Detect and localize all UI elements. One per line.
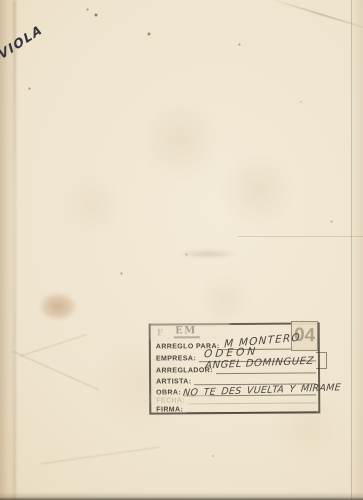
bottom-left-wrinkle <box>20 334 87 357</box>
scanned-paper-page: VIOLA F EM ARREGLO PARA: EMPRESA: ARREGL… <box>0 0 363 500</box>
left-fold-crease <box>13 0 16 500</box>
bottom-left-wrinkle <box>41 447 160 465</box>
stamp-header-fragment: EM <box>174 325 200 338</box>
field-label: EMPRESA: <box>156 355 196 362</box>
right-paper-edge <box>351 0 352 500</box>
top-right-crease <box>270 0 363 32</box>
middle-crease <box>238 236 363 237</box>
brown-stain <box>40 293 76 320</box>
faint-pencil-ghost <box>178 249 238 259</box>
field-label: FIRMA: <box>156 406 183 413</box>
stamp-field-firma: FIRMA: <box>156 403 316 413</box>
stamp-header-fragment: F <box>157 328 163 338</box>
instrument-annotation: VIOLA <box>0 21 45 62</box>
stamp-header: F EM <box>157 326 200 338</box>
field-rule <box>186 410 316 413</box>
stamp-border-extension <box>316 352 327 369</box>
bottom-left-wrinkle <box>12 351 99 391</box>
